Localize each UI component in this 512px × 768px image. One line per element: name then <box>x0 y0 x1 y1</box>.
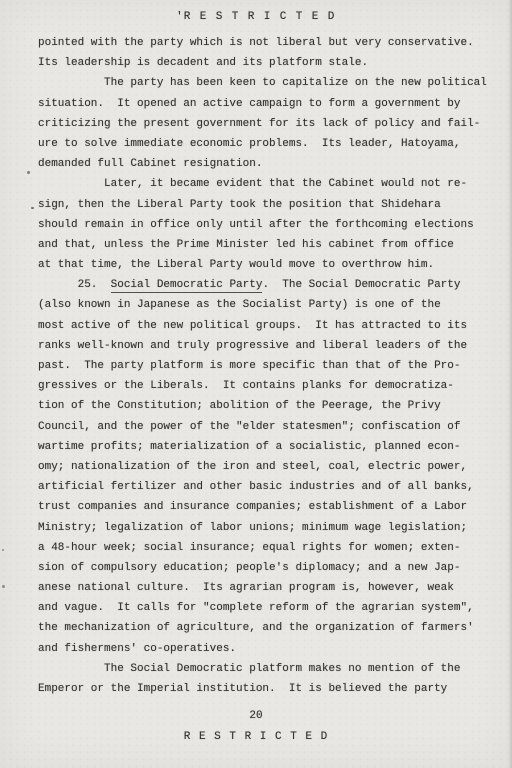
document-page: 'R E S T R I C T E D pointed with the pa… <box>0 0 512 768</box>
text-line: The Social Democratic platform makes no … <box>38 659 487 679</box>
classification-footer: R E S T R I C T E D <box>0 731 512 743</box>
text-line: most active of the new political groups.… <box>38 316 487 336</box>
text-line: The party has been keen to capitalize on… <box>38 73 487 93</box>
paper-speck <box>31 207 34 209</box>
text-line: 25. Social Democratic Party. The Social … <box>38 275 487 295</box>
text-line: situation. It opened an active campaign … <box>38 94 487 114</box>
text-line: and fishermens' co-operatives. <box>38 639 487 659</box>
text-segment: . The Social Democratic Party <box>262 279 460 291</box>
text-line: ure to solve immediate economic problems… <box>38 134 487 154</box>
text-line: trust companies and insurance companies;… <box>38 497 487 517</box>
stray-tick-mark: ' <box>176 11 183 23</box>
text-line: and that, unless the Prime Minister led … <box>38 235 487 255</box>
classification-header-text: R E S T R I C T E D <box>184 11 336 23</box>
text-line: ranks well-known and truly progressive a… <box>38 336 487 356</box>
text-line: the mechanization of agriculture, and th… <box>38 618 487 638</box>
paper-speck <box>2 585 5 588</box>
text-line: criticizing the present government for i… <box>38 114 487 134</box>
paper-speck <box>27 171 30 174</box>
text-line: artificial fertilizer and other basic in… <box>38 477 487 497</box>
paper-speck <box>2 549 4 551</box>
text-line: tion of the Constitution; abolition of t… <box>38 396 487 416</box>
text-line: sion of compulsory education; people's d… <box>38 558 487 578</box>
text-line: Ministry; legalization of labor unions; … <box>38 518 487 538</box>
text-line: wartime profits; materialization of a so… <box>38 437 487 457</box>
text-line: Later, it became evident that the Cabine… <box>38 174 487 194</box>
text-line: gressives or the Liberals. It contains p… <box>38 376 487 396</box>
text-line: (also known in Japanese as the Socialist… <box>38 295 487 315</box>
document-body: pointed with the party which is not libe… <box>38 33 487 699</box>
text-line: should remain in office only until after… <box>38 215 487 235</box>
text-line: Council, and the power of the "elder sta… <box>38 417 487 437</box>
text-segment: 25. <box>38 279 111 291</box>
text-line: omy; nationalization of the iron and ste… <box>38 457 487 477</box>
page-number: 20 <box>0 710 512 722</box>
text-line: and vague. It calls for "complete reform… <box>38 598 487 618</box>
text-line: Emperor or the Imperial institution. It … <box>38 679 487 699</box>
text-line: sign, then the Liberal Party took the po… <box>38 195 487 215</box>
text-line: at that time, the Liberal Party would mo… <box>38 255 487 275</box>
text-line: a 48-hour week; social insurance; equal … <box>38 538 487 558</box>
text-line: demanded full Cabinet resignation. <box>38 154 487 174</box>
text-line: anese national culture. Its agrarian pro… <box>38 578 487 598</box>
classification-header: 'R E S T R I C T E D <box>0 11 512 23</box>
text-line: Its leadership is decadent and its platf… <box>38 53 487 73</box>
text-line: pointed with the party which is not libe… <box>38 33 487 53</box>
underlined-section-heading: Social Democratic Party <box>111 279 263 293</box>
text-line: past. The party platform is more specifi… <box>38 356 487 376</box>
